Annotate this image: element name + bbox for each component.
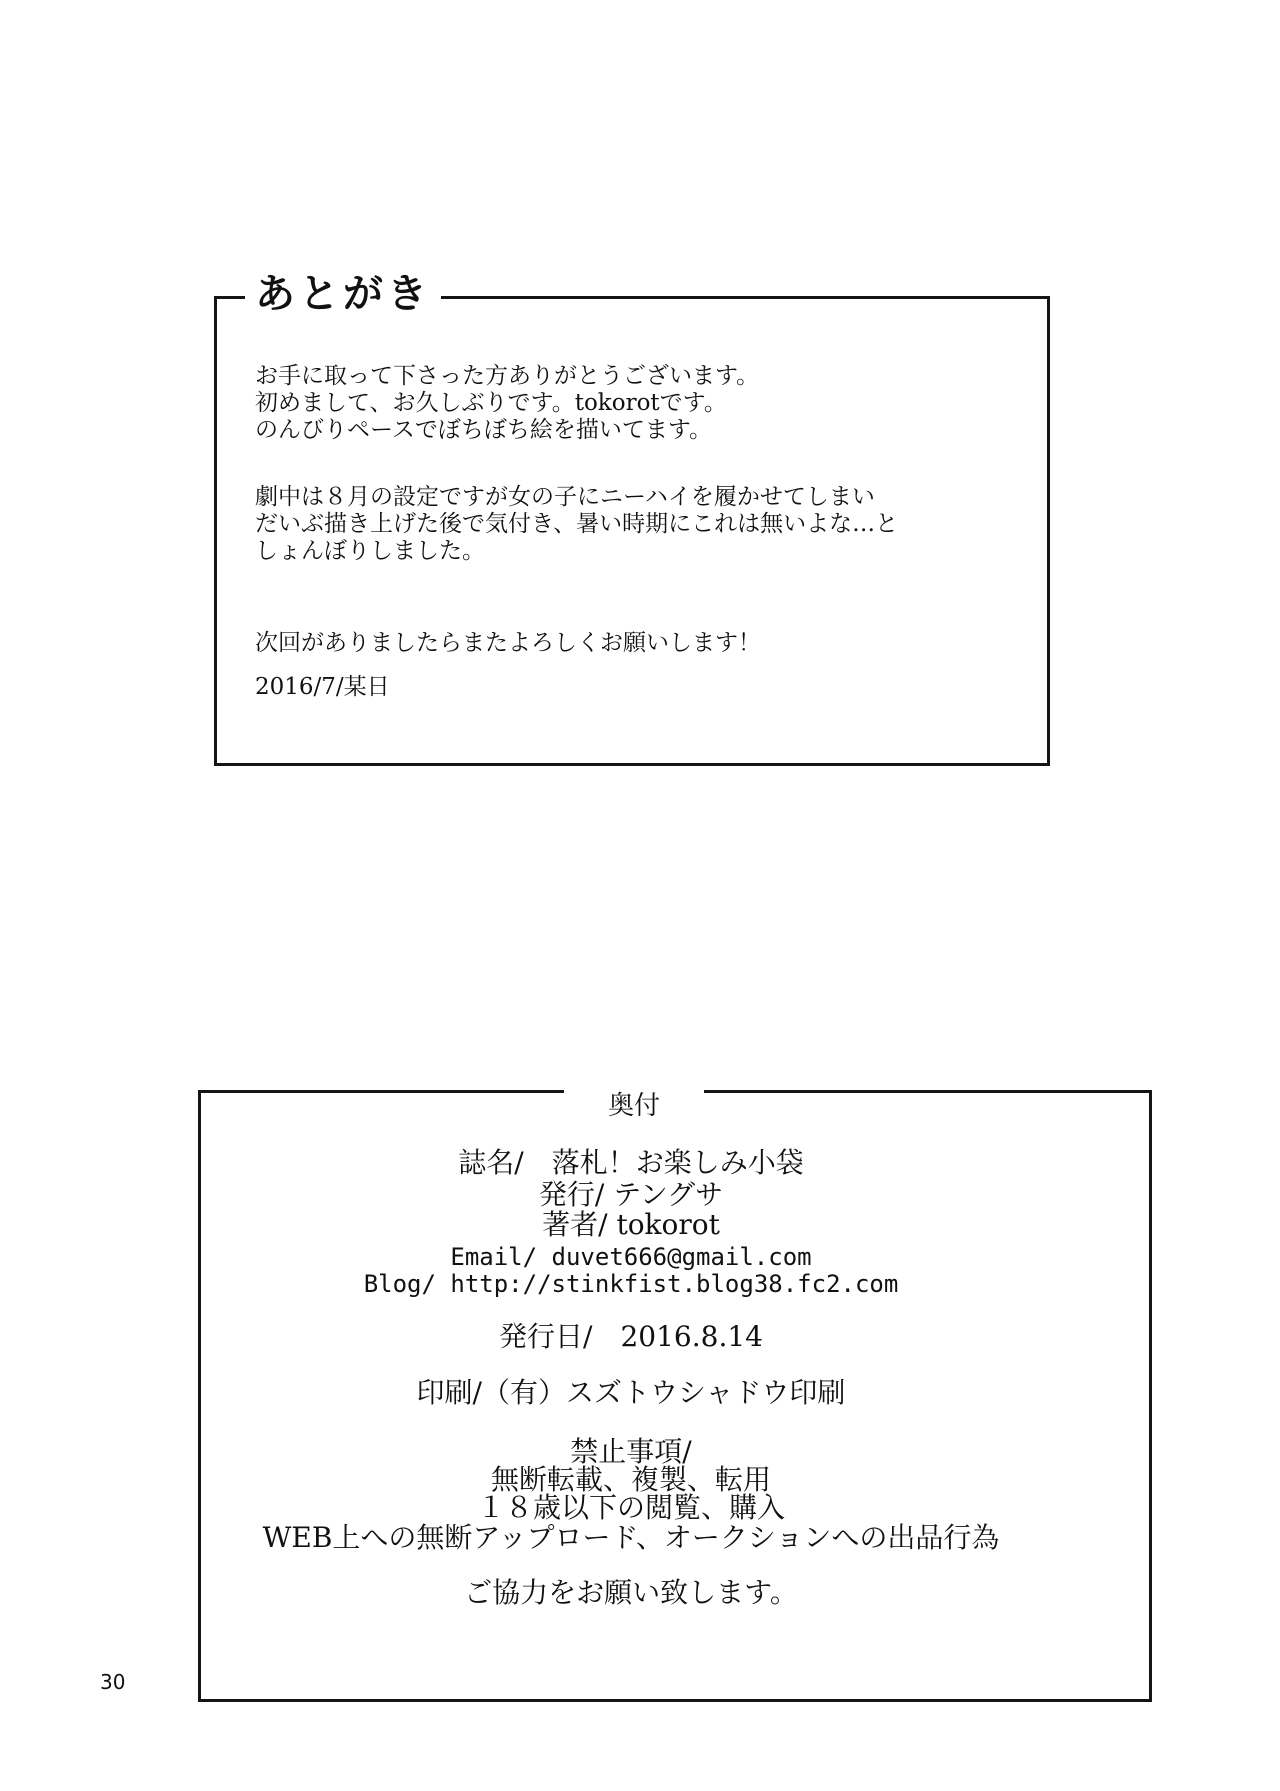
afterword-title: あとがき bbox=[245, 272, 441, 316]
colophon-line-cooperation: ご協力をお願い致します。 bbox=[201, 1578, 1061, 1608]
colophon-line-publisher: 発行/ テングサ bbox=[201, 1180, 1061, 1210]
colophon-line-prohibition-3: WEB上への無断アップロード、オークションへの出品行為 bbox=[201, 1523, 1061, 1553]
afterword-text-line: お手に取って下さった方ありがとうございます。 bbox=[255, 363, 759, 390]
colophon-box: 奥付 誌名/ 落札！お楽しみ小袋 発行/ テングサ 著者/ tokorot Em… bbox=[198, 1090, 1152, 1702]
colophon-line-printer: 印刷/（有）スズトウシャドウ印刷 bbox=[201, 1378, 1061, 1408]
afterword-text-line: のんびりペースでぼちぼち絵を描いてます。 bbox=[255, 417, 759, 444]
afterword-text-line: 次回がありましたらまたよろしくお願いします！ bbox=[255, 630, 761, 657]
afterword-paragraph-3: 次回がありましたらまたよろしくお願いします！ bbox=[255, 630, 761, 657]
colophon-line-email: Email/ duvet666@gmail.com bbox=[201, 1242, 1061, 1272]
colophon-title: 奥付 bbox=[564, 1087, 704, 1120]
colophon-line-blog: Blog/ http://stinkfist.blog38.fc2.com bbox=[201, 1269, 1061, 1299]
afterword-paragraph-1: お手に取って下さった方ありがとうございます。 初めまして、お久しぶりです。tok… bbox=[255, 363, 759, 444]
colophon-line-title: 誌名/ 落札！お楽しみ小袋 bbox=[201, 1148, 1061, 1178]
afterword-date: 2016/7/某日 bbox=[255, 674, 390, 701]
afterword-box: あとがき お手に取って下さった方ありがとうございます。 初めまして、お久しぶりで… bbox=[214, 296, 1050, 766]
page-number: 30 bbox=[100, 1670, 125, 1694]
scanned-document-page: あとがき お手に取って下さった方ありがとうございます。 初めまして、お久しぶりで… bbox=[0, 0, 1280, 1791]
colophon-line-publish-date: 発行日/ 2016.8.14 bbox=[201, 1322, 1061, 1352]
afterword-text-line: 初めまして、お久しぶりです。tokorotです。 bbox=[255, 390, 759, 417]
colophon-line-author: 著者/ tokorot bbox=[201, 1210, 1061, 1240]
afterword-text-line: だいぶ描き上げた後で気付き、暑い時期にこれは無いよな…と bbox=[255, 511, 898, 538]
afterword-paragraph-2: 劇中は８月の設定ですが女の子にニーハイを履かせてしまい だいぶ描き上げた後で気付… bbox=[255, 484, 898, 565]
afterword-text-line: しょんぼりしました。 bbox=[255, 538, 898, 565]
afterword-text-line: 劇中は８月の設定ですが女の子にニーハイを履かせてしまい bbox=[255, 484, 898, 511]
colophon-line-prohibition-2: １８歳以下の閲覧、購入 bbox=[201, 1493, 1061, 1523]
